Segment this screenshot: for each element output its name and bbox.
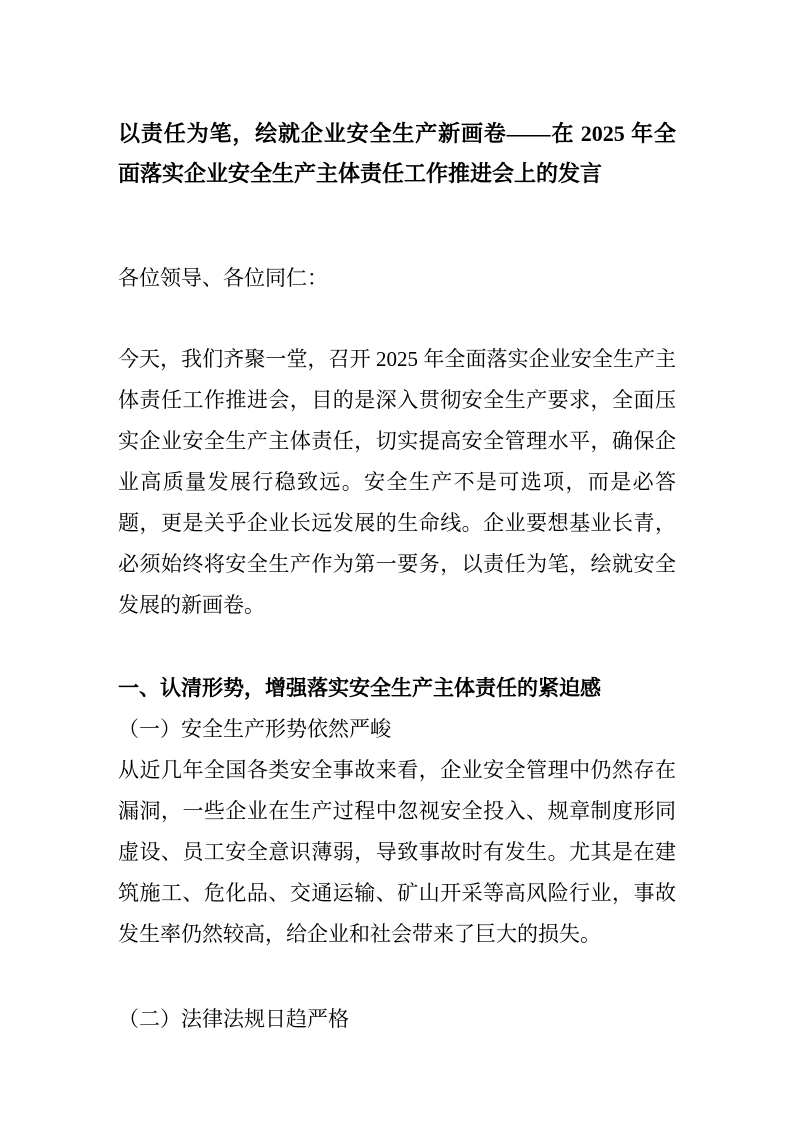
doc-title: 以责任为笔，绘就企业安全生产新画卷——在 2025 年全面落实企业安全生产主体责… <box>118 114 676 194</box>
opening-paragraph: 今天，我们齐聚一堂，召开 2025 年全面落实企业安全生产主体责任工作推进会，目… <box>118 339 676 626</box>
salutation: 各位领导、各位同仁： <box>118 258 676 299</box>
sub-heading-2: （二）法律法规日趋严格 <box>118 999 676 1040</box>
document-page: 以责任为笔，绘就企业安全生产新画卷——在 2025 年全面落实企业安全生产主体责… <box>0 0 793 1122</box>
sub-heading-1: （一）安全生产形势依然严峻 <box>118 709 676 750</box>
section-heading-1: 一、认清形势，增强落实安全生产主体责任的紧迫感 <box>118 668 676 709</box>
body-paragraph-1: 从近几年全国各类安全事故来看，企业安全管理中仍然存在漏洞，一些企业在生产过程中忽… <box>118 750 676 955</box>
